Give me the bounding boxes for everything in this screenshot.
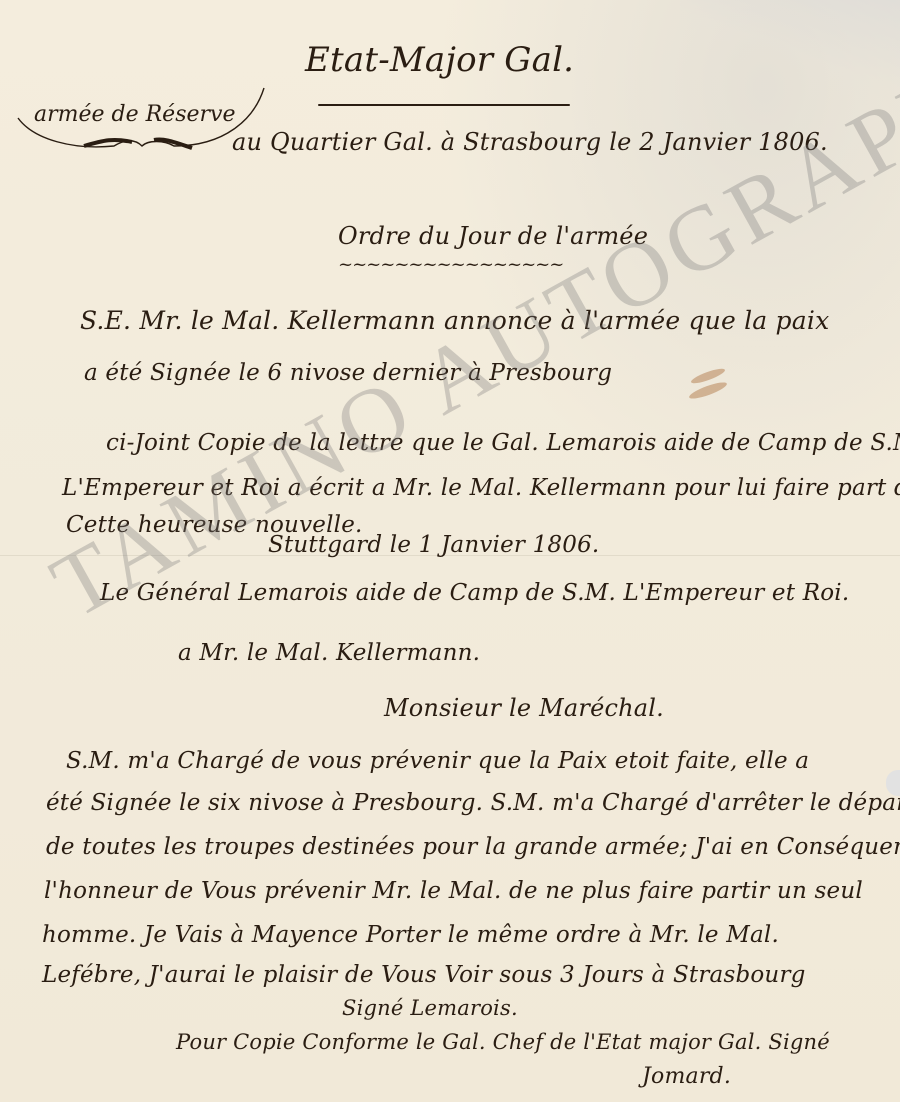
letter-line-1: S.M. m'a Chargé de vous prévenir que la … — [66, 748, 809, 774]
letter-line-5: homme. Je Vais à Mayence Porter le même … — [42, 922, 779, 948]
body-line-4: L'Empereur et Roi a écrit a Mr. le Mal. … — [62, 475, 900, 501]
subtitle-flourish: ~~~~~~~~~~~~~~~~ — [338, 254, 563, 275]
body-line-1: S.E. Mr. le Mal. Kellermann annonce à l'… — [80, 306, 829, 335]
letter-place-date: Stuttgard le 1 Janvier 1806. — [268, 532, 599, 558]
letter-line-3: de toutes les troupes destinées pour la … — [46, 834, 900, 860]
header-underline — [318, 104, 570, 106]
letter-line-4: l'honneur de Vous prévenir Mr. le Mal. d… — [44, 878, 863, 904]
letter-salutation: Monsieur le Maréchal. — [384, 694, 664, 722]
letter-line-6: Lefébre, J'aurai le plaisir de Vous Voir… — [42, 962, 806, 988]
body-line-3: ci-Joint Copie de la lettre que le Gal. … — [106, 430, 900, 456]
order-subtitle: Ordre du Jour de l'armée — [338, 222, 648, 250]
signature: Jomard. — [642, 1064, 731, 1089]
letter-from: Le Général Lemarois aide de Camp de S.M.… — [100, 580, 849, 606]
cartouche-label: armée de Réserve — [34, 102, 235, 127]
army-cartouche: armée de Réserve — [14, 80, 266, 152]
letter-line-2: été Signée le six nivose à Presbourg. S.… — [46, 790, 900, 816]
header-title: Etat-Major Gal. — [305, 40, 574, 80]
letter-signed: Signé Lemarois. — [342, 996, 518, 1020]
certification-line: Pour Copie Conforme le Gal. Chef de l'Et… — [176, 1030, 830, 1054]
body-line-2: a été Signée le 6 nivose dernier à Presb… — [84, 360, 612, 386]
letter-to: a Mr. le Mal. Kellermann. — [178, 640, 480, 666]
header-place-date: au Quartier Gal. à Strasbourg le 2 Janvi… — [232, 128, 828, 156]
folded-corner — [680, 0, 900, 120]
